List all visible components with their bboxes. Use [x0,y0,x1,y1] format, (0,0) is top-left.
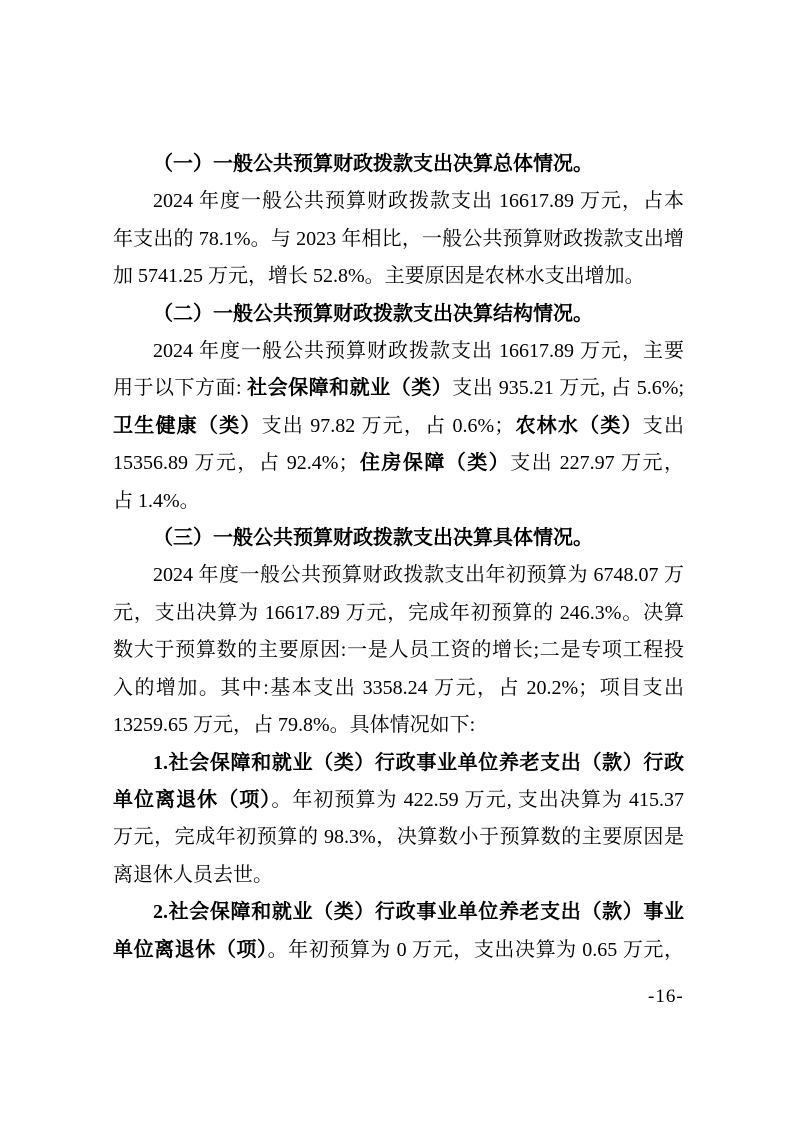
text-run: 加 5741.25 万元，增长 52.8%。主要原因是农林水支出增加。 [113,265,645,287]
text-line: 单位离退休（项）。年初预算为 0 万元，支出决算为 0.65 万元， [113,932,684,969]
text-run-bold: 社会保障和就业（类） [247,377,452,399]
text-line: 卫生健康（类）支出 97.82 万元，占 0.6%；农林水（类）支出 [113,408,684,445]
text-run: 用于以下方面: [113,377,247,399]
text-line: 年支出的 78.1%。与 2023 年相比，一般公共预算财政拨款支出增 [113,221,684,258]
text-line: 13259.65 万元，占 79.8%。具体情况如下: [113,707,684,744]
text-run: 入的增加。其中:基本支出 3358.24 万元，占 20.2%；项目支出 [113,677,684,699]
document-body: （一）一般公共预算财政拨款支出决算总体情况。2024 年度一般公共预算财政拨款支… [113,146,684,969]
page-number: -16- [648,986,684,1008]
text-line: 15356.89 万元，占 92.4%；住房保障（类）支出 227.97 万元， [113,445,684,482]
section-heading: （二）一般公共预算财政拨款支出决算结构情况。 [113,296,684,333]
text-line: 元，支出决算为 16617.89 万元，完成年初预算的 246.3%。决算 [113,595,684,632]
text-run: 万元，完成年初预算的 98.3%，决算数小于预算数的主要原因是 [113,826,684,848]
paragraph: 2024 年度一般公共预算财政拨款支出年初预算为 6748.07 万元，支出决算… [113,557,684,744]
text-run: 2024 年度一般公共预算财政拨款支出 16617.89 万元，主要 [153,340,684,362]
section-heading: （三）一般公共预算财政拨款支出决算具体情况。 [113,520,684,557]
text-run-bold: 单位离退休（项） [113,789,271,811]
text-line: 万元，完成年初预算的 98.3%，决算数小于预算数的主要原因是 [113,819,684,856]
text-line: （二）一般公共预算财政拨款支出决算结构情况。 [113,296,684,333]
text-line: （一）一般公共预算财政拨款支出决算总体情况。 [113,146,684,183]
text-run: 占 1.4%。 [113,490,200,512]
paragraph: 1.社会保障和就业（类）行政事业单位养老支出（款）行政单位离退休（项）。年初预算… [113,745,684,895]
text-line: 1.社会保障和就业（类）行政事业单位养老支出（款）行政 [113,745,684,782]
text-line: （三）一般公共预算财政拨款支出决算具体情况。 [113,520,684,557]
text-line: 用于以下方面: 社会保障和就业（类）支出 935.21 万元, 占 5.6%; [113,370,684,407]
text-run: 支出 227.97 万元， [510,452,684,474]
text-run-bold: 住房保障（类） [358,452,510,474]
text-run: 15356.89 万元，占 92.4%； [113,452,358,474]
text-run: 。年初预算为 0 万元，支出决算为 0.65 万元， [268,939,684,961]
text-run: 数大于预算数的主要原因:一是人员工资的增长;二是专项工程投 [113,639,684,661]
text-run-bold: 1.社会保障和就业（类）行政事业单位养老支出（款）行政 [153,752,684,774]
text-line: 2024 年度一般公共预算财政拨款支出 16617.89 万元，占本 [113,183,684,220]
text-line: 离退休人员去世。 [113,857,684,894]
text-run: 支出 935.21 万元, 占 5.6%; [452,377,684,399]
text-run-bold: 2.社会保障和就业（类）行政事业单位养老支出（款）事业 [153,901,684,923]
text-run-bold: 单位离退休（项） [113,939,268,961]
paragraph: 2024 年度一般公共预算财政拨款支出 16617.89 万元，占本年支出的 7… [113,183,684,295]
text-run: 2024 年度一般公共预算财政拨款支出年初预算为 6748.07 万 [153,564,684,586]
text-line: 数大于预算数的主要原因:一是人员工资的增长;二是专项工程投 [113,632,684,669]
text-run: 年支出的 78.1%。与 2023 年相比，一般公共预算财政拨款支出增 [113,228,684,250]
text-run: 支出 97.82 万元，占 0.6%； [262,415,515,437]
text-line: 2024 年度一般公共预算财政拨款支出 16617.89 万元，主要 [113,333,684,370]
section-heading: （一）一般公共预算财政拨款支出决算总体情况。 [113,146,684,183]
document-page: （一）一般公共预算财政拨款支出决算总体情况。2024 年度一般公共预算财政拨款支… [0,0,793,1122]
paragraph: 2.社会保障和就业（类）行政事业单位养老支出（款）事业单位离退休（项）。年初预算… [113,894,684,969]
text-line: 占 1.4%。 [113,483,684,520]
text-run-bold: （三）一般公共预算财政拨款支出决算具体情况。 [153,527,593,549]
text-line: 2024 年度一般公共预算财政拨款支出年初预算为 6748.07 万 [113,557,684,594]
paragraph: 2024 年度一般公共预算财政拨款支出 16617.89 万元，主要用于以下方面… [113,333,684,520]
text-run: 13259.65 万元，占 79.8%。具体情况如下: [113,714,475,736]
text-line: 加 5741.25 万元，增长 52.8%。主要原因是农林水支出增加。 [113,258,684,295]
text-line: 2.社会保障和就业（类）行政事业单位养老支出（款）事业 [113,894,684,931]
text-line: 单位离退休（项）。年初预算为 422.59 万元, 支出决算为 415.37 [113,782,684,819]
text-run: 离退休人员去世。 [113,864,273,886]
text-run-bold: 卫生健康（类） [113,415,262,437]
text-run: 2024 年度一般公共预算财政拨款支出 16617.89 万元，占本 [153,190,684,212]
text-run-bold: （一）一般公共预算财政拨款支出决算总体情况。 [153,153,593,175]
text-run-bold: 农林水（类） [514,415,643,437]
text-line: 入的增加。其中:基本支出 3358.24 万元，占 20.2%；项目支出 [113,670,684,707]
text-run: 支出 [643,415,684,437]
text-run: 元，支出决算为 16617.89 万元，完成年初预算的 246.3%。决算 [113,602,684,624]
text-run-bold: （二）一般公共预算财政拨款支出决算结构情况。 [153,303,593,325]
text-run: 。年初预算为 422.59 万元, 支出决算为 415.37 [271,789,684,811]
